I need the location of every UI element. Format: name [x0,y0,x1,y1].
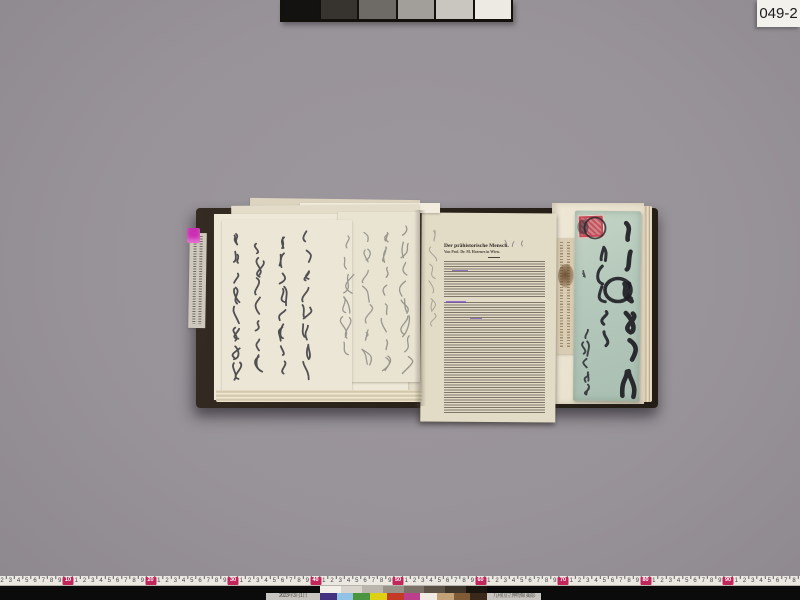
ruler-digit: 6 [693,578,696,584]
ruler-digit: 5 [768,578,771,584]
ruler-digit: 4 [429,578,432,584]
color-patch [424,586,445,593]
ruler-digit: 1 [570,578,573,584]
grayscale-calibration-bar [280,0,513,22]
purple-underline [452,270,468,271]
clipping-title: Der prähistorische Mensch. [444,243,534,249]
ruler-digit: 3 [586,578,589,584]
grayscale-patch [282,0,319,19]
ruler-digit: 1 [75,578,78,584]
page-stack-edge [644,206,652,402]
grayscale-patch [321,0,358,19]
ruler-digit: 7 [784,578,787,584]
color-patch [383,586,404,593]
ruler-digit: 6 [33,578,36,584]
ruler-digit: 6 [198,578,201,584]
ruler-digit: 8 [297,578,300,584]
ruler-digit: 3 [669,578,672,584]
ruler-decade-number: 70 [558,577,569,585]
ruler-digit: 8 [710,578,713,584]
color-bar-top-row [320,586,487,593]
ruler-digit: 5 [273,578,276,584]
ruler-digit: 6 [116,578,119,584]
ruler-digit: 3 [751,578,754,584]
museum-credit-label: 九州国立博物館 撮影 [487,593,541,600]
ruler-digit: 8 [792,578,795,584]
catalog-id-label: 049-2 [759,5,797,22]
ruler-digit: 1 [157,578,160,584]
ruler-digit: 3 [421,578,424,584]
ruler-digit: 6 [363,578,366,584]
ruler-digit: 5 [190,578,193,584]
ruler-decade-number: 80 [640,577,651,585]
color-patch [454,593,471,600]
ruler-digit: 8 [545,578,548,584]
ruler-digit: 8 [627,578,630,584]
ruler-digit: 2 [660,578,663,584]
ruler-digit: 9 [306,578,309,584]
ruler-digit: 7 [537,578,540,584]
color-patch [387,593,404,600]
ruler-digit: 7 [372,578,375,584]
stamp-design [581,218,602,236]
ruler-digit: 6 [776,578,779,584]
micro-text-column [192,236,196,324]
postage-stamp [578,215,605,239]
ruler-digit: 2 [165,578,168,584]
clipping-byline: Von Prof. Dr. M. Hoernes in Wien. [444,250,539,255]
ruler-digit: 5 [520,578,523,584]
clipping-paragraph [444,261,545,298]
ruler-digit: 4 [677,578,680,584]
ruler-digit: 5 [685,578,688,584]
ruler-digit: 6 [528,578,531,584]
ruler-digit: 5 [355,578,358,584]
letter-sheet-main [222,220,352,396]
ruler-decade-number: 10 [63,577,74,585]
color-patch [466,586,487,593]
faded-text-column [560,242,563,348]
purple-underline [470,318,482,319]
ruler-digit: 5 [603,578,606,584]
ruler-digit: 1 [487,578,490,584]
ruler-digit: 6 [281,578,284,584]
ruler-digit: 2 [83,578,86,584]
purple-underline [446,301,466,303]
ruler-digit: 1 [405,578,408,584]
ruler-digit: 4 [17,578,20,584]
ruler-digit: 7 [124,578,127,584]
ruler-digit: 4 [512,578,515,584]
ruler-digit: 1 [652,578,655,584]
ruler-decade-number: 50 [393,577,404,585]
ruler-digit: 2 [495,578,498,584]
ruler-digit: 4 [759,578,762,584]
page-bottom-edges [216,390,422,402]
ruler-digit: 5 [108,578,111,584]
photo-stage: 049-2 Der prähistorische Mensch. Von Pro… [0,0,800,600]
ruler-digit: 2 [413,578,416,584]
color-patch [470,593,487,600]
clipping-paragraph [444,302,545,414]
ruler-digit: 3 [174,578,177,584]
ruler-digit: 7 [702,578,705,584]
ruler-digit: 4 [264,578,267,584]
ruler-digit: 2 [248,578,251,584]
ruler-digit: 4 [594,578,597,584]
color-patch [353,593,370,600]
magenta-tab [187,228,200,243]
ruler-digit: 8 [215,578,218,584]
micro-text-column [198,236,202,324]
ruler-digit: 8 [50,578,53,584]
color-patch [320,586,341,593]
ruler-digit: 9 [58,578,61,584]
color-patch [420,593,437,600]
ruler-decade-number: 30 [228,577,239,585]
ruler-digit: 9 [553,578,556,584]
ruler-digit: 1 [240,578,243,584]
clipping-rule [488,257,500,258]
ruler-digit: 3 [256,578,259,584]
color-patch [437,593,454,600]
ruler-digit: 8 [132,578,135,584]
date-label: 2023年3月1日 [266,593,320,600]
grayscale-patch [475,0,512,19]
color-patch [337,593,354,600]
ruler-digit: 7 [619,578,622,584]
ruler-digit: 4 [99,578,102,584]
color-patch [404,586,425,593]
ruler-digit: 2 [330,578,333,584]
ruler-digit: 5 [25,578,28,584]
grayscale-patch [398,0,435,19]
faded-text-column [567,242,570,348]
color-patch [320,593,337,600]
ruler-decade-number: 90 [723,577,734,585]
ruler-digit: 2 [578,578,581,584]
color-patch [404,593,421,600]
ruler-decade-number: 60 [475,577,486,585]
color-bar-bottom-row [320,593,487,600]
color-patch [445,586,466,593]
ruler-digit: 7 [42,578,45,584]
ruler-digit: 3 [91,578,94,584]
grayscale-patch [359,0,396,19]
ruler-digit: 9 [223,578,226,584]
ruler-digit: 8 [380,578,383,584]
ruler-digit: 7 [454,578,457,584]
color-patch [362,586,383,593]
ruler-digit: 2 [743,578,746,584]
ruler-digit: 7 [289,578,292,584]
ruler-digit: 9 [636,578,639,584]
ruler-digit: 1 [322,578,325,584]
ruler-digit: 9 [471,578,474,584]
small-printed-strip [188,233,207,328]
ruler-digit: 7 [207,578,210,584]
measurement-ruler: 2345678910123456789201234567893012345678… [0,576,800,586]
ruler-decade-number: 20 [145,577,156,585]
catalog-id-card: 049-2 [757,0,800,27]
envelope [573,211,641,402]
ruler-digit: 4 [347,578,350,584]
grayscale-patch [436,0,473,19]
ruler-digit: 6 [446,578,449,584]
ruler-digit: 5 [438,578,441,584]
color-patch [341,586,362,593]
ruler-digit: 3 [339,578,342,584]
brown-stain [558,264,574,288]
ruler-digit: 3 [504,578,507,584]
ruler-decade-number: 40 [310,577,321,585]
ruler-digit: 9 [718,578,721,584]
ruler-digit: 6 [611,578,614,584]
ruler-digit: 9 [141,578,144,584]
ruler-digit: 2 [0,578,3,584]
ruler-digit: 4 [182,578,185,584]
ruler-digit: 1 [735,578,738,584]
book-gutter-shadow [414,210,426,406]
ruler-digit: 9 [388,578,391,584]
color-patch [370,593,387,600]
ruler-digit: 3 [9,578,12,584]
ruler-digit: 8 [462,578,465,584]
